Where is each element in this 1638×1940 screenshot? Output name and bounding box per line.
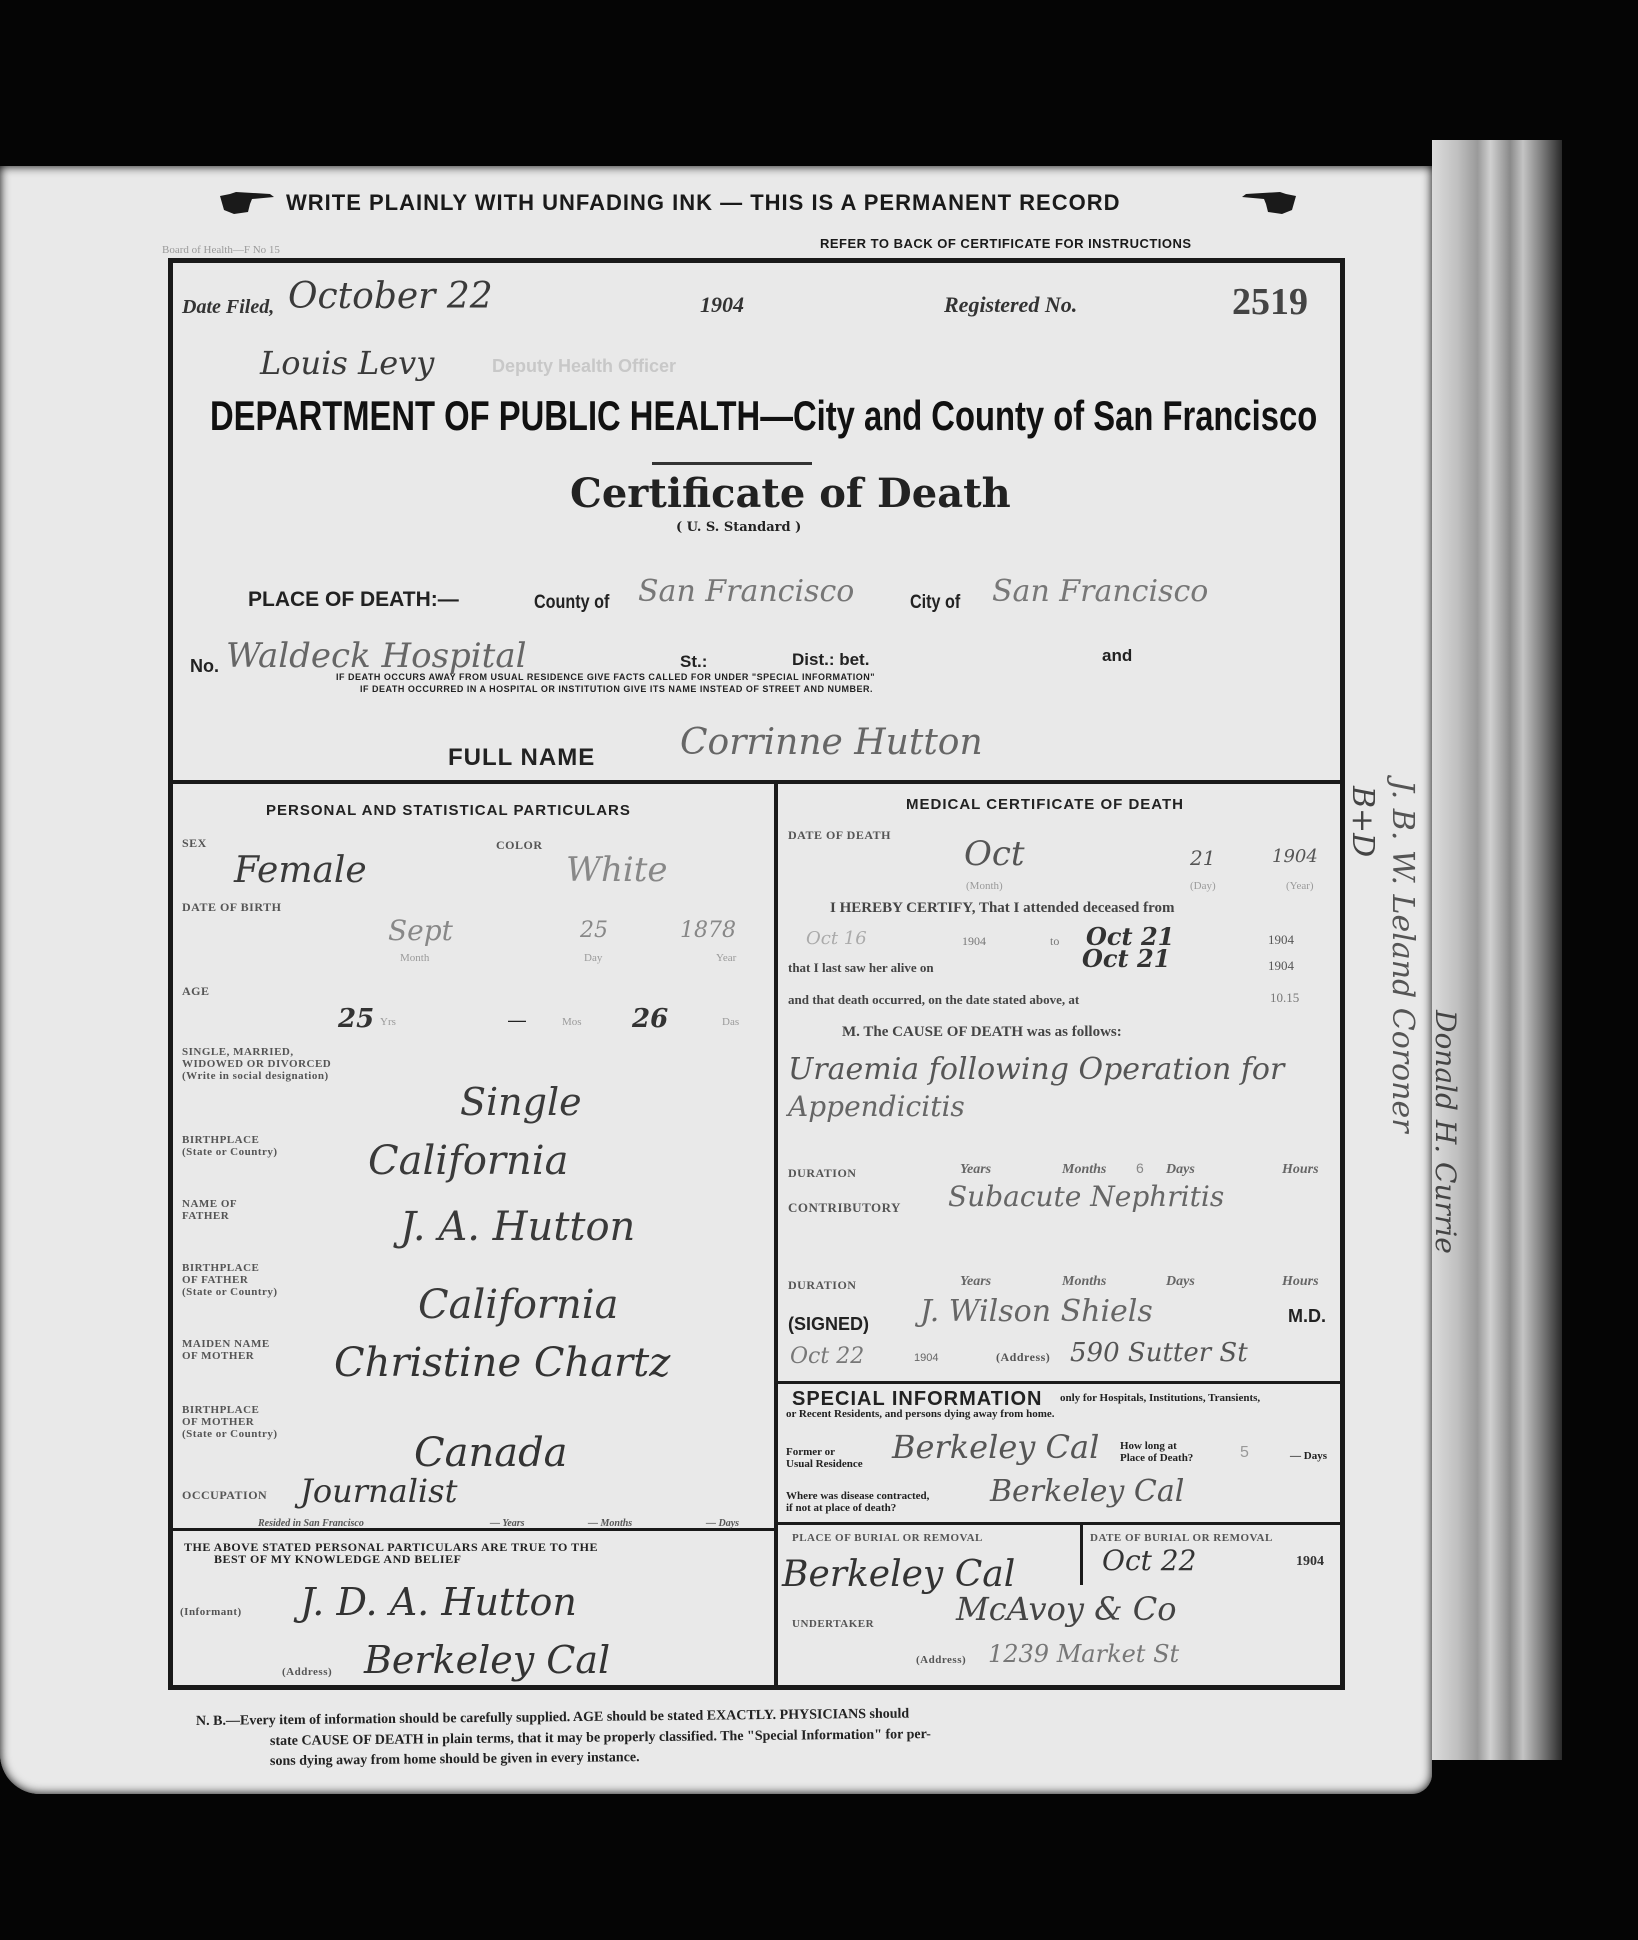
contributory-label: CONTRIBUTORY — [788, 1200, 901, 1216]
instructions-note: REFER TO BACK OF CERTIFICATE FOR INSTRUC… — [820, 236, 1192, 251]
informant-statement-2: BEST OF MY KNOWLEDGE AND BELIEF — [214, 1552, 461, 1567]
physician-signature: J. Wilson Shiels — [920, 1294, 1153, 1329]
date-filed-value: October 22 — [288, 276, 493, 317]
age-label: AGE — [182, 984, 210, 999]
title-rule — [652, 462, 812, 465]
occupation-label: OCCUPATION — [182, 1488, 267, 1503]
pointing-hand-icon-left — [218, 190, 276, 216]
death-month-caption: (Month) — [966, 880, 1003, 892]
undertaker-label: UNDERTAKER — [792, 1618, 874, 1630]
last-saw-label: that I last saw her alive on — [788, 960, 934, 976]
cause-value-2: Appendicitis — [788, 1090, 965, 1123]
divider-name — [168, 780, 1345, 784]
duration-years-2: Years — [960, 1274, 991, 1290]
officer-title: Deputy Health Officer — [492, 356, 676, 377]
father-birthplace-value: California — [418, 1282, 618, 1328]
mother-name-label: MAIDEN NAME OF MOTHER — [182, 1338, 270, 1362]
marital-value: Single — [460, 1080, 582, 1124]
birthplace-label: BIRTHPLACE (State or Country) — [182, 1134, 278, 1158]
duration-label-1: DURATION — [788, 1166, 856, 1181]
former-residence-label: Former or Usual Residence — [786, 1446, 863, 1470]
divider-burial — [776, 1522, 1345, 1525]
registered-label: Registered No. — [944, 292, 1077, 318]
divider-special — [776, 1381, 1345, 1384]
informant-address-value: Berkeley Cal — [364, 1638, 610, 1682]
informant-label: (Informant) — [180, 1606, 242, 1618]
md-label: M.D. — [1288, 1306, 1326, 1327]
place-of-death-label: PLACE OF DEATH:— — [248, 588, 459, 612]
personal-heading: PERSONAL AND STATISTICAL PARTICULARS — [266, 802, 631, 819]
residence-instruction-2: IF DEATH OCCURRED IN A HOSPITAL OR INSTI… — [360, 684, 873, 694]
mother-birthplace-label: BIRTHPLACE OF MOTHER (State or Country) — [182, 1404, 278, 1440]
resided-years: — Years — [490, 1518, 525, 1529]
age-days-caption: Das — [722, 1016, 739, 1028]
age-months: — — [508, 1010, 526, 1031]
margin-note-currie: Donald H. Currie — [1429, 1010, 1462, 1254]
registered-number: 2519 — [1232, 280, 1308, 324]
dob-year-caption: Year — [716, 952, 736, 964]
dob-month: Sept — [388, 914, 453, 947]
county-label: County of — [534, 592, 609, 614]
time-of-death: 10.15 — [1270, 990, 1299, 1006]
father-name-value: J. A. Hutton — [400, 1204, 635, 1250]
mother-birthplace-value: Canada — [414, 1430, 568, 1476]
death-year-caption: (Year) — [1286, 880, 1314, 892]
book-page-edges — [1432, 140, 1562, 1760]
street-number-value: Waldeck Hospital — [226, 636, 527, 676]
resided-label: Resided in San Francisco — [258, 1518, 364, 1529]
margin-note-bd: B+D — [1345, 786, 1380, 857]
undertaker-address-value: 1239 Market St — [988, 1640, 1179, 1668]
street-label: St.: — [680, 652, 707, 672]
father-birthplace-label: BIRTHPLACE OF FATHER (State or Country) — [182, 1262, 278, 1298]
margin-note-coroner: J. B. W. Leland Coroner — [1385, 780, 1420, 1133]
burial-place-label: PLACE OF BURIAL OR REMOVAL — [792, 1532, 983, 1544]
street-number-label: No. — [190, 656, 219, 677]
duration-hours-1: Hours — [1282, 1162, 1319, 1178]
date-of-death-label: DATE OF DEATH — [788, 828, 891, 843]
undertaker-value: McAvoy & Co — [956, 1590, 1177, 1628]
city-label: City of — [910, 592, 960, 614]
banner-text: WRITE PLAINLY WITH UNFADING INK — THIS I… — [286, 190, 1121, 216]
special-note-2: or Recent Residents, and persons dying a… — [786, 1408, 1055, 1420]
attended-from: Oct 16 — [806, 928, 867, 949]
to-label: to — [1050, 934, 1059, 949]
physician-address-label: (Address) — [996, 1350, 1050, 1365]
district-label: Dist.: bet. — [792, 650, 869, 670]
physician-address-value: 590 Sutter St — [1070, 1338, 1248, 1368]
cause-value-1: Uraemia following Operation for — [788, 1052, 1284, 1087]
age-years: 25 — [338, 1004, 374, 1034]
age-months-caption: Mos — [562, 1016, 582, 1028]
dob-year: 1878 — [680, 918, 736, 943]
standard-label: ( U. S. Standard ) — [676, 520, 801, 535]
death-month: Oct — [964, 834, 1025, 874]
death-occurred-label: and that death occurred, on the date sta… — [788, 992, 1079, 1008]
former-residence-value: Berkeley Cal — [892, 1428, 1099, 1466]
and-label: and — [1102, 646, 1132, 666]
cause-heading: M. The CAUSE OF DEATH was as follows: — [842, 1024, 1122, 1041]
filing-year: 1904 — [700, 292, 744, 318]
medical-heading: MEDICAL CERTIFICATE OF DEATH — [906, 796, 1184, 813]
contracted-value: Berkeley Cal — [990, 1474, 1184, 1509]
contributory-value: Subacute Nephritis — [948, 1180, 1224, 1213]
pointing-hand-icon-right — [1240, 190, 1298, 216]
resided-days: — Days — [706, 1518, 739, 1529]
residence-instruction-1: IF DEATH OCCURS AWAY FROM USUAL RESIDENC… — [336, 672, 875, 682]
duration-months-2: Months — [1062, 1274, 1106, 1290]
marital-label: SINGLE, MARRIED, WIDOWED OR DIVORCED (Wr… — [182, 1046, 331, 1082]
how-long-unit: — Days — [1290, 1450, 1327, 1462]
duration-label-2: DURATION — [788, 1278, 856, 1293]
special-note-1: only for Hospitals, Institutions, Transi… — [1060, 1392, 1260, 1404]
sex-value: Female — [234, 850, 367, 891]
burial-date-label: DATE OF BURIAL OR REMOVAL — [1090, 1532, 1273, 1544]
duration-hours-2: Hours — [1282, 1274, 1319, 1290]
department-title: DEPARTMENT OF PUBLIC HEALTH—City and Cou… — [210, 392, 1317, 440]
duration-days-value-1: 6 — [1136, 1160, 1144, 1176]
informant-value: J. D. A. Hutton — [300, 1580, 577, 1624]
column-divider — [774, 784, 778, 1690]
sex-label: SEX — [182, 836, 207, 851]
death-year: 1904 — [1272, 846, 1318, 867]
attended-from-year: 1904 — [962, 934, 986, 949]
last-saw-year: 1904 — [1268, 958, 1294, 974]
attended-to-year: 1904 — [1268, 932, 1294, 948]
burial-year: 1904 — [1296, 1554, 1324, 1570]
city-value: San Francisco — [992, 574, 1208, 609]
dob-month-caption: Month — [400, 952, 429, 964]
resided-months: — Months — [588, 1518, 632, 1529]
dob-day-caption: Day — [584, 952, 602, 964]
how-long-label: How long at Place of Death? — [1120, 1440, 1193, 1464]
signed-year: 1904 — [914, 1352, 938, 1364]
certify-statement: I HEREBY CERTIFY, That I attended deceas… — [830, 900, 1175, 917]
contracted-label: Where was disease contracted, if not at … — [786, 1490, 929, 1514]
duration-days-2: Days — [1166, 1274, 1195, 1290]
full-name-label: FULL NAME — [448, 744, 595, 772]
color-label: COLOR — [496, 838, 543, 853]
burial-place-value: Berkeley Cal — [782, 1554, 1015, 1595]
county-value: San Francisco — [638, 574, 854, 609]
age-days: 26 — [632, 1004, 668, 1034]
certificate-title: Certificate of Death — [570, 470, 1011, 517]
duration-days-1: Days — [1166, 1162, 1195, 1178]
duration-months-1: Months — [1062, 1162, 1106, 1178]
dob-label: DATE OF BIRTH — [182, 900, 281, 915]
date-filed-label: Date Filed, — [182, 296, 274, 319]
duration-years-1: Years — [960, 1162, 991, 1178]
form-number: Board of Health—F No 15 — [162, 244, 280, 256]
how-long-value: 5 — [1240, 1444, 1249, 1462]
father-name-label: NAME OF FATHER — [182, 1198, 237, 1222]
informant-address-label: (Address) — [282, 1666, 332, 1678]
officer-signature: Louis Levy — [260, 344, 434, 382]
burial-date-value: Oct 22 — [1102, 1544, 1196, 1577]
birthplace-value: California — [368, 1138, 568, 1184]
death-day-caption: (Day) — [1190, 880, 1216, 892]
mother-name-value: Christine Chartz — [334, 1340, 670, 1386]
death-day: 21 — [1190, 846, 1215, 870]
color-value: White — [566, 850, 668, 890]
last-saw-date: Oct 21 — [1082, 944, 1170, 973]
dob-day: 25 — [580, 918, 608, 943]
signed-label: (SIGNED) — [788, 1314, 869, 1335]
occupation-value: Journalist — [300, 1472, 457, 1510]
signed-date: Oct 22 — [790, 1344, 864, 1369]
full-name-value: Corrinne Hutton — [680, 722, 983, 763]
undertaker-address-label: (Address) — [916, 1654, 966, 1666]
burial-divider — [1080, 1525, 1083, 1585]
age-years-caption: Yrs — [380, 1016, 396, 1028]
